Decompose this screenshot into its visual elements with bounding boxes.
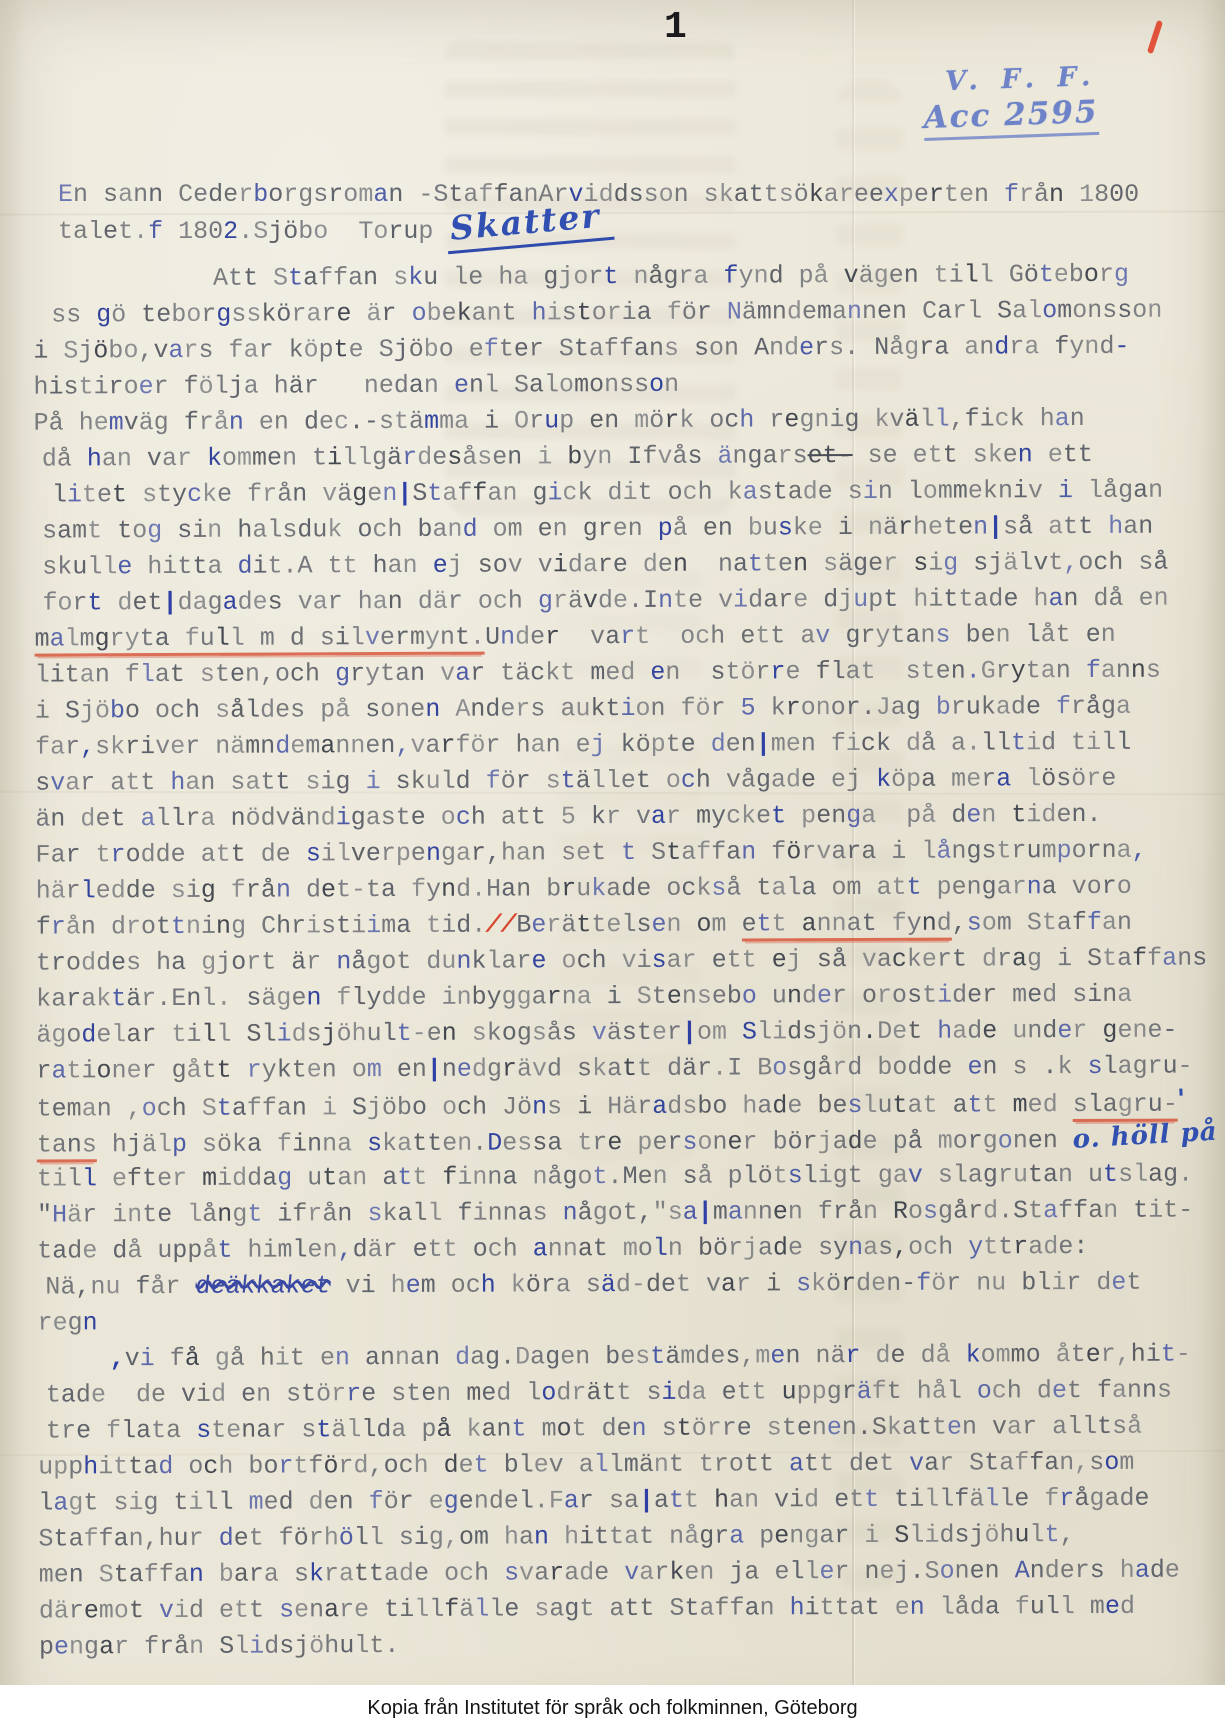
text-segment: fort det (42, 588, 162, 618)
typed-line: ,vi få gå hit en annan dag.Dagen bestämd… (110, 1339, 1213, 1380)
text-segment: Staffan,hur det förhöll sig,om han hitta… (38, 1520, 1074, 1554)
text-segment: dagades var han där och grävde.Inte vida… (177, 584, 1168, 617)
typed-line: men Staffan bara skrattade och svarade v… (39, 1555, 1214, 1596)
text-segment: men Staffan bara skrattade och svarade v… (39, 1556, 1180, 1590)
typed-line: far,skriver nämndemannen,varför han ej k… (35, 727, 1210, 768)
red-pen-mark: // (483, 910, 520, 939)
text-segment: skulle hitta dit.A tt han ej sov vidare … (42, 548, 1168, 582)
typed-line: karaktär.Enl. sägen flydde inbyggarna i … (36, 979, 1211, 1020)
text-segment: ss gö teborgsskörare är obekant historia… (51, 296, 1162, 330)
handwritten-insertion: ' (1177, 1084, 1188, 1114)
typed-line: Far trodde att de silverpengar,han set t… (35, 835, 1210, 876)
typed-line: tade då uppåt himlen,där ett och annat m… (37, 1231, 1212, 1272)
typed-line: rationer gått rykten om en|nedgrävd skat… (36, 1051, 1211, 1092)
text-segment: vi få gå hit en annan dag.Dagen bestämde… (125, 1340, 1191, 1374)
accession-stamp: V. F. F. Acc 2595 (921, 61, 1099, 141)
text-segment: till efter middag utan att finna något.M… (37, 1160, 1193, 1194)
page-number: 1 (664, 6, 687, 49)
archive-footer: Kopia från Institutet för språk och folk… (0, 1685, 1225, 1731)
typed-line: malmgryta full m d silvermynt.Under vart… (35, 619, 1210, 660)
text-segment: mannen från Rosgård.Staffan tit- (713, 1196, 1194, 1227)
typed-line: En sann Cederborgsroman -StaffanArviddss… (58, 180, 1196, 217)
typed-line: histiroer följa här nedan enl Salomonsso… (33, 367, 1208, 408)
typed-line: svar att han satt sig i skuld för ställe… (35, 763, 1210, 804)
typed-line: regn (37, 1303, 1212, 1344)
typed-line: samt tog sin halsduk och band om en gren… (42, 511, 1209, 552)
typed-line: då han var kommen tillgärdesåsen i byn I… (42, 439, 1209, 480)
text-segment: härledde sig från det-ta fynd.Han brukad… (36, 872, 1132, 906)
text-segment: troddes ha gjort är något dunklare och v… (36, 943, 1207, 977)
text-segment: ägodelar till Slidsjöhult-en skogsås väs… (36, 1018, 682, 1050)
stamp-organization: V. F. F. (921, 61, 1098, 98)
typed-line: däremot vid ett senare tillfälle sagt at… (39, 1591, 1214, 1632)
typed-line: På hemväg från en dec.-stämma i Orup en … (34, 403, 1209, 444)
text-segment: hjälp söka finna skatten.Dessa tre perso… (97, 1126, 1073, 1159)
text-segment: svar att han satt sig i skuld för ställe… (35, 764, 1116, 798)
text-segment: rationer gått rykten om en (36, 1055, 427, 1086)
text-segment: däremot vid ett senare tillfälle sagt at… (39, 1592, 1135, 1626)
text-segment: Berättelsen om (516, 909, 741, 939)
typed-line: skulle hitta dit.A tt han ej sov vidare … (42, 547, 1209, 588)
typed-line: lagt sig till med den för egendel.Far sa… (38, 1483, 1213, 1524)
typewritten-body: Att Staffan sku le ha gjort några fynd p… (33, 259, 1214, 1668)
pen-mark: | (756, 729, 771, 758)
text-segment: litet stycke från vägen (52, 479, 397, 510)
text-segment: i Sjöbo,vars far köpte Sjöbo efter Staff… (33, 332, 1129, 366)
text-segment: tade de vid en större sten med lodrätt s… (46, 1376, 1172, 1410)
red-underlined-segment: tans (37, 1130, 97, 1162)
title-block: En sann Cederborgsroman -StaffanArviddss… (36, 180, 1196, 254)
pen-crossed-out-segment: deäkkaket (194, 1271, 332, 1301)
pen-mark: | (427, 1055, 442, 1084)
pen-mark: | (162, 588, 177, 617)
scanned-document-page: 1 V. F. F. Acc 2595 En sann Cederborgsro… (0, 0, 1225, 1731)
text-segment: regn (37, 1308, 97, 1337)
typed-line: upphittad och bortförd,och det blev allm… (38, 1447, 1213, 1488)
footer-text: Kopia från Institutet för språk och folk… (367, 1697, 857, 1720)
typed-line: härledde sig från det-ta fynd.Han brukad… (36, 871, 1211, 912)
text-segment: far,skriver nämndemannen,varför han ej k… (35, 729, 756, 761)
typed-line: från drottning Christiima tid.//Berättel… (36, 907, 1211, 948)
text-segment: "Här inte långt ifrån skall finnas något… (37, 1198, 698, 1230)
typed-line: Att Staffan sku le ha gjort några fynd p… (213, 259, 1208, 299)
red-pen-tick (1147, 20, 1163, 54)
text-segment: se ett sken ett (853, 440, 1093, 470)
pen-mark: | (988, 512, 1003, 541)
text-segment: att han vid ett tillfälle frågade (654, 1484, 1150, 1515)
text-segment: om Slidsjön.Det hade under gene- (697, 1016, 1178, 1047)
typed-line: talet.f 1802.Sjöbo Torup (58, 217, 1196, 254)
text-segment: men fick då a.lltid till (771, 728, 1131, 759)
typed-line: tre flata stenar ställda på kant mot den… (46, 1411, 1213, 1452)
typed-line: än det allra nödvändigaste och att 5 kr … (35, 799, 1210, 840)
typed-line: fort det|dagades var han där och grävde.… (42, 583, 1209, 624)
red-underlined-segment: slagru- (1073, 1090, 1178, 1122)
text-segment: teman ,och Staffan i Sjöbo och Jöns i Hä… (37, 1090, 1073, 1124)
typed-line: pengar från Slidsjöhult. (39, 1627, 1214, 1668)
typed-line: tans hjälp söka finna skatten.Dessa tre … (37, 1123, 1212, 1164)
pen-mark: | (639, 1486, 654, 1515)
text-segment: tre flata stenar ställda på kant mot den… (46, 1412, 1142, 1446)
typed-line: Staffan,hur det förhöll sig,om han hitta… (38, 1519, 1213, 1560)
text-segment: upphittad och bortförd,och det blev allm… (38, 1448, 1134, 1482)
typed-line: i Sjöbo,vars far köpte Sjöbo efter Staff… (33, 331, 1208, 372)
text-segment: Staffan gick dit och kastade sin lommekn… (412, 476, 1163, 508)
typed-line: Nä,nu får deäkkaket vi hem och köra säd-… (45, 1267, 1212, 1308)
text-segment: pengar från Slidsjöhult. (39, 1631, 399, 1662)
typed-line: ss gö teborgsskörare är obekant historia… (51, 295, 1208, 336)
text-segment: litan flat sten,och grytan var täckt med… (35, 656, 1161, 690)
typed-line: ägodelar till Slidsjöhult-en skogsås väs… (36, 1015, 1211, 1056)
text-segment: talet.f 1802.Sjöbo Torup (58, 217, 433, 246)
text-segment: nedgrävd skatt där.I Bosgård bodde en s … (442, 1052, 1193, 1084)
text-segment: samt tog sin halsduk och band om en gren… (42, 512, 988, 545)
text-segment: så att han (1003, 512, 1153, 542)
red-underlined-segment: ett annat fynd (741, 909, 951, 942)
typed-line: troddes ha gjort är något dunklare och v… (36, 943, 1211, 984)
typed-line: tade de vid en större sten med lodrätt s… (46, 1375, 1213, 1416)
text-segment: då han var kommen tillgärdesåsen i byn I… (42, 441, 808, 473)
text-segment: i Sjöbo och såldes på sonen Anders aukti… (35, 692, 1131, 726)
typed-line: litan flat sten,och grytan var täckt med… (35, 655, 1210, 696)
text-segment: vi hem och köra säd-det var i skörden-fö… (331, 1268, 1142, 1301)
text-segment: Under vart och ett av grytans ben låt en (485, 620, 1116, 652)
text-segment: På hemväg från en dec.-stämma i Orup en … (34, 404, 1085, 438)
typed-line: i Sjöbo och såldes på sonen Anders aukti… (35, 691, 1210, 732)
text-segment: från drottning Christiima tid. (36, 911, 487, 942)
stamp-accession-number: Acc 2595 (923, 94, 1099, 141)
text-segment: Att Staffan sku le ha gjort några fynd p… (213, 260, 1129, 293)
pen-mark: , (110, 1344, 125, 1373)
pen-mark: | (397, 479, 412, 508)
pen-mark: | (682, 1018, 697, 1047)
text-segment: histiroer följa här nedan enl Salomonsso… (33, 370, 679, 402)
text-segment: tade då uppåt himlen,där ett och annat m… (37, 1232, 1088, 1266)
typed-line: litet stycke från vägen|Staffan gick dit… (52, 475, 1209, 516)
typed-line: "Här inte långt ifrån skall finnas något… (37, 1195, 1212, 1236)
text-segment: Far trodde att de silverpengar,han set t… (35, 836, 1146, 870)
typed-strikeout-segment: et- (808, 441, 853, 470)
text-segment: lagt sig till med den för egendel.Far sa (38, 1486, 639, 1518)
typed-line: till efter middag utan att finna något.M… (37, 1159, 1212, 1200)
pen-mark: | (698, 1198, 713, 1227)
text-segment: ,som Staffan (952, 908, 1132, 938)
red-underlined-segment: malmgryta full m d silvermynt. (35, 623, 486, 657)
text-segment: än det allra nödvändigaste och att 5 kr … (35, 800, 1101, 834)
typed-line: teman ,och Staffan i Sjöbo och Jöns i Hä… (37, 1087, 1212, 1128)
text-segment: Nä,nu får (45, 1272, 195, 1302)
text-segment: karaktär.Enl. sägen flydde inbyggarna i … (36, 980, 1132, 1014)
